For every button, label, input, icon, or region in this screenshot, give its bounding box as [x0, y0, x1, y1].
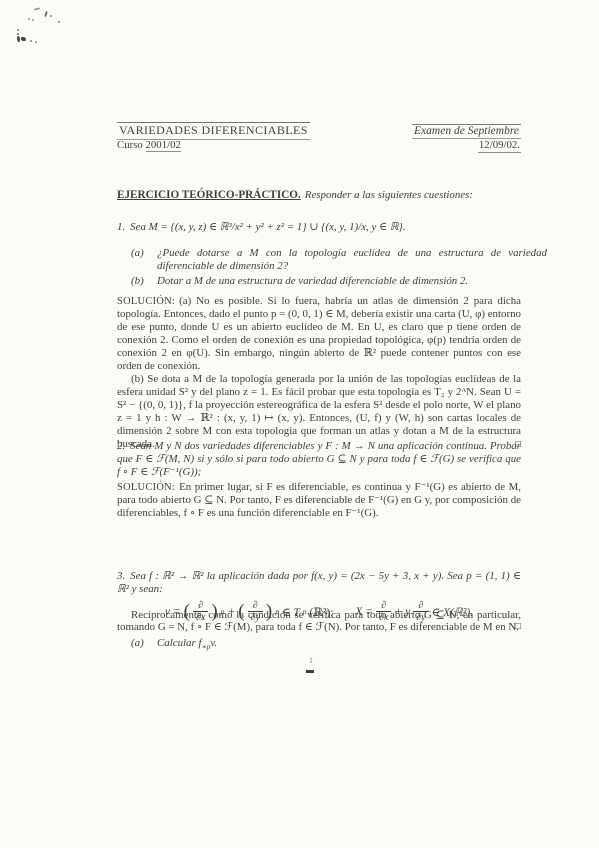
question-1-item-b: (b)Dotar a M de una estructura de varied… — [131, 275, 547, 288]
question-1: 1.Sea M = {(x, y, z) ∈ ℝ³/x² + y² + z² =… — [117, 221, 521, 234]
exam-session: Examen de Septiembre — [412, 124, 521, 139]
solution-2a: SOLUCIÓN:En primer lugar, si F es difere… — [117, 481, 521, 519]
subscript-p: p — [303, 607, 307, 616]
course-label: Curso 2001/02 — [117, 139, 181, 151]
solution-1a-text: (a) No es posible. Si lo fuera, habría u… — [117, 295, 521, 372]
document-title: VARIEDADES DIFERENCIABLES — [117, 122, 310, 140]
right-paren: ) — [266, 602, 272, 621]
plus-y: + y — [394, 606, 410, 618]
right-paren: ) — [211, 602, 217, 621]
pencil-mark — [44, 11, 48, 17]
question-3-statement: Sea f : ℝ² → ℝ² la aplicación dada por f… — [117, 570, 521, 595]
question-2: 2.Sean M y N dos variedades diferenciabl… — [117, 440, 521, 479]
left-paren: ( — [184, 602, 190, 621]
item-a-text: Calcular f∗pv. — [157, 637, 217, 649]
pencil-mark — [58, 21, 60, 23]
course-year: 2001/02 — [146, 139, 181, 152]
solution-2a-text: En primer lugar, si F es diferenciable, … — [117, 481, 521, 519]
solution-label: SOLUCIÓN: — [117, 296, 175, 307]
fraction-d-dx: ∂∂x — [193, 600, 208, 623]
eq-X: X = — [355, 606, 373, 618]
pushforward-subscript: ∗p — [201, 642, 210, 651]
question-3-number: 3. — [117, 570, 125, 582]
fraction-d-dy: ∂∂y — [413, 600, 428, 623]
pencil-mark — [28, 18, 30, 20]
item-a-label: (a) — [131, 637, 157, 650]
qed-box: □ — [501, 621, 521, 633]
exercise-instructions: Responder a las siguientes cuestiones: — [305, 189, 473, 201]
question-3-item-a: (a)Calcular f∗pv. — [131, 637, 547, 653]
question-2-number: 2. — [117, 440, 125, 452]
pencil-mark — [50, 15, 52, 17]
exercise-heading-paragraph: EJERCICIO TEÓRICO-PRÁCTICO.Responder a l… — [117, 189, 521, 202]
plus-sign: + — [227, 606, 235, 618]
question-1-number: 1. — [117, 221, 125, 233]
question-3-equation: v = ( ∂∂x )p + ( ∂∂y )p ∈ Tp(ℝ²); X = ∂∂… — [117, 600, 521, 623]
fraction-d-dx: ∂∂x — [376, 600, 391, 623]
pencil-mark — [32, 19, 34, 21]
solution-label: SOLUCIÓN: — [117, 482, 175, 493]
item-a-text: ¿Puede dotarse a M con la topología eucl… — [157, 247, 547, 272]
subscript-p: p — [275, 607, 279, 616]
in-vector-fields: ∈ X(ℝ²). — [432, 605, 474, 619]
scanned-exam-page: VARIEDADES DIFERENCIABLES Examen de Sept… — [0, 0, 599, 848]
page-number: 1 — [309, 656, 313, 665]
pencil-mark — [35, 41, 37, 43]
pencil-mark — [30, 40, 32, 42]
pencil-mark — [34, 7, 40, 10]
exam-date: 12/09/02. — [478, 139, 521, 153]
exercise-heading: EJERCICIO TEÓRICO-PRÁCTICO. — [117, 189, 301, 201]
scan-artifact-dash — [306, 670, 314, 673]
item-a-label: (a) — [131, 247, 157, 260]
solution-1b-text: (b) Se dota a M de la topología generada… — [117, 373, 521, 450]
pencil-mark — [21, 37, 26, 41]
solution-1a: SOLUCIÓN:(a) No es posible. Si lo fuera,… — [117, 295, 521, 373]
page-subheader: Curso 2001/02 12/09/02. — [117, 139, 521, 153]
subscript-p: p — [221, 607, 225, 616]
item-b-text: Dotar a M de una estructura de variedad … — [157, 275, 468, 287]
item-b-label: (b) — [131, 275, 157, 288]
tangent-argument: (ℝ²); — [310, 605, 334, 619]
question-2-statement: Sean M y N dos variedades diferenciables… — [117, 440, 521, 478]
question-3: 3.Sea f : ℝ² → ℝ² la aplicación dada por… — [117, 570, 521, 596]
question-1-statement: Sea M = {(x, y, z) ∈ ℝ³/x² + y² + z² = 1… — [130, 221, 405, 233]
pencil-mark — [17, 29, 19, 31]
left-paren: ( — [238, 602, 244, 621]
in-tangent-space: ∈ T — [282, 605, 300, 619]
page-header: VARIEDADES DIFERENCIABLES Examen de Sept… — [117, 122, 521, 140]
pencil-mark — [17, 36, 21, 42]
eq-v: v = — [165, 606, 181, 618]
fraction-d-dy: ∂∂y — [248, 600, 263, 623]
question-1-item-a: (a)¿Puede dotarse a M con la topología e… — [131, 247, 547, 273]
